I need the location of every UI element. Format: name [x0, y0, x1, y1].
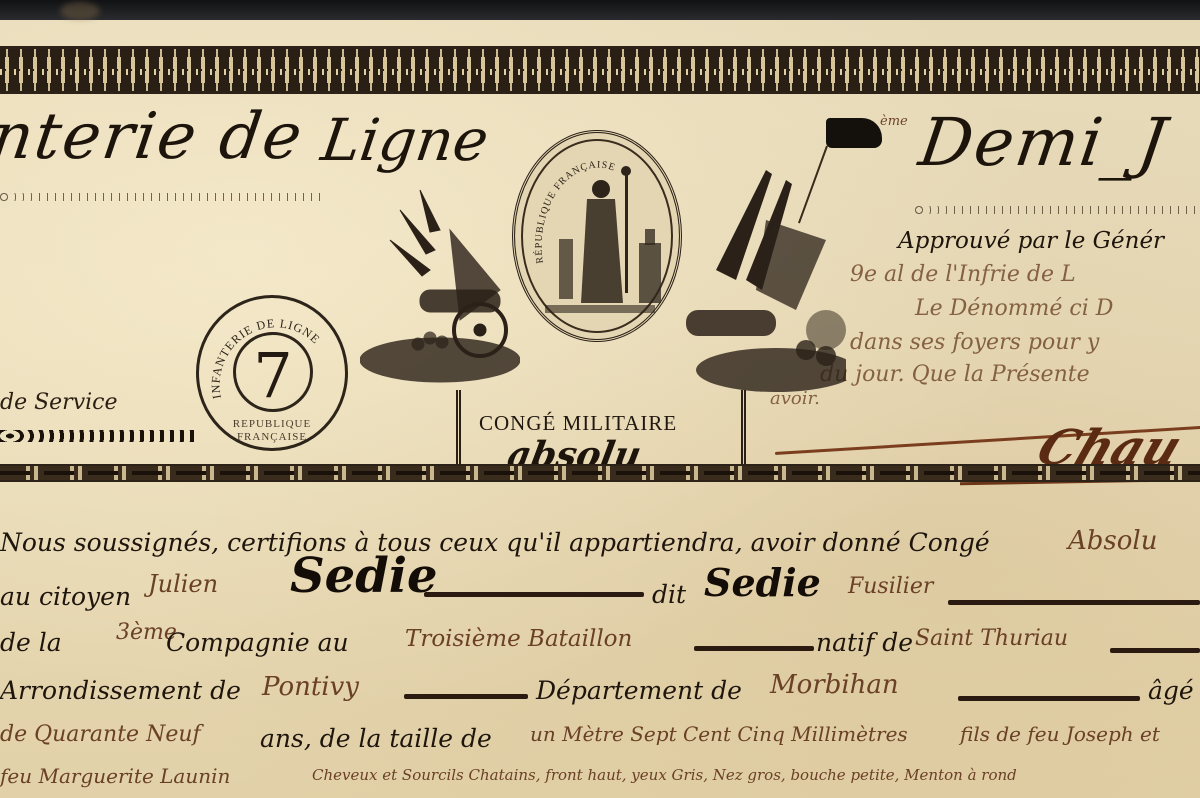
- approval-text: Approuvé par le Génér: [898, 228, 1164, 254]
- physical-description: Cheveux et Sourcils Chatains, front haut…: [312, 766, 1017, 784]
- title-infanterie: nterie de: [0, 100, 308, 174]
- department: Morbihan: [770, 670, 899, 700]
- surname: Sedie: [290, 548, 438, 604]
- stamp-francaise: FRANÇAISE: [199, 431, 345, 443]
- republic-medallion: RÉPUBLIQUE FRANÇAISE: [512, 130, 682, 342]
- dit-label: dit: [652, 580, 686, 609]
- stamp-number: 7: [236, 339, 310, 412]
- title-demi-brigade: Demi_J: [915, 104, 1173, 181]
- parents-father: fils de feu Joseph et: [960, 722, 1160, 746]
- wavy-rule-left: [0, 193, 320, 201]
- alias: Sedie: [704, 560, 821, 605]
- parents-mother: feu Marguerite Launin: [0, 764, 230, 788]
- conge-title: CONGÉ MILITAIRE: [479, 411, 677, 436]
- regiment-stamp: INFANTERIE DE LIGNE 7 REPUBLIQUE FRANÇAI…: [196, 295, 348, 451]
- height-value: un Mètre Sept Cent Cinq Millimètres: [530, 722, 908, 746]
- citoyen-label: au citoyen: [0, 582, 131, 611]
- fill-dash: [404, 694, 528, 699]
- first-name: Julien: [148, 570, 218, 598]
- fill-dash: [424, 592, 644, 597]
- note-line-3: dans ses foyers pour y: [850, 330, 1099, 355]
- rank: Fusilier: [848, 574, 933, 599]
- natif-label: natif de: [816, 628, 913, 657]
- age-label: âgé: [1148, 676, 1194, 705]
- photo-background: [0, 0, 1200, 20]
- regiment-number-superscript: ème: [880, 114, 908, 129]
- battalion: Troisième Bataillon: [405, 626, 632, 652]
- military-trophies-right-icon: [676, 160, 846, 400]
- ornamental-border-top: [0, 46, 1200, 94]
- stamp-inner-ring: 7: [233, 332, 313, 412]
- service-label: de Service: [0, 390, 118, 415]
- wavy-rule-right: [915, 206, 1200, 214]
- ornamental-border-middle: [0, 464, 1200, 482]
- fill-dash: [958, 696, 1140, 701]
- fill-dash: [1110, 648, 1200, 653]
- note-line-1: 9e al de l'Infrie de L: [850, 262, 1076, 287]
- stamp-republique: REPUBLIQUE: [199, 418, 345, 430]
- age-value: de Quarante Neuf: [0, 722, 201, 747]
- compagnie-label-1: de la: [0, 628, 62, 657]
- compagnie-label-2: Compagnie au: [166, 628, 349, 657]
- certification-text: Nous soussignés, certifions à tous ceux …: [0, 528, 990, 557]
- birthplace: Saint Thuriau: [915, 626, 1068, 651]
- note-line-2: Le Dénommé ci D: [915, 296, 1113, 321]
- marianne-figure-icon: RÉPUBLIQUE FRANÇAISE: [515, 133, 679, 339]
- republic-vignette: RÉPUBLIQUE FRANÇAISE: [360, 130, 840, 410]
- note-line-4: du jour. Que la Présente: [820, 362, 1090, 387]
- arrondissement: Pontivy: [262, 672, 359, 702]
- taille-label: ans, de la taille de: [260, 724, 492, 753]
- military-trophies-left-icon: [360, 170, 520, 400]
- paper-stain: [60, 2, 100, 20]
- wavy-flourish: [0, 430, 200, 442]
- conge-type-fill: Absolu: [1068, 526, 1157, 556]
- fill-dash: [694, 646, 814, 651]
- fill-dash: [948, 600, 1200, 605]
- arrondissement-label: Arrondissement de: [0, 676, 241, 705]
- departement-label: Département de: [536, 676, 742, 705]
